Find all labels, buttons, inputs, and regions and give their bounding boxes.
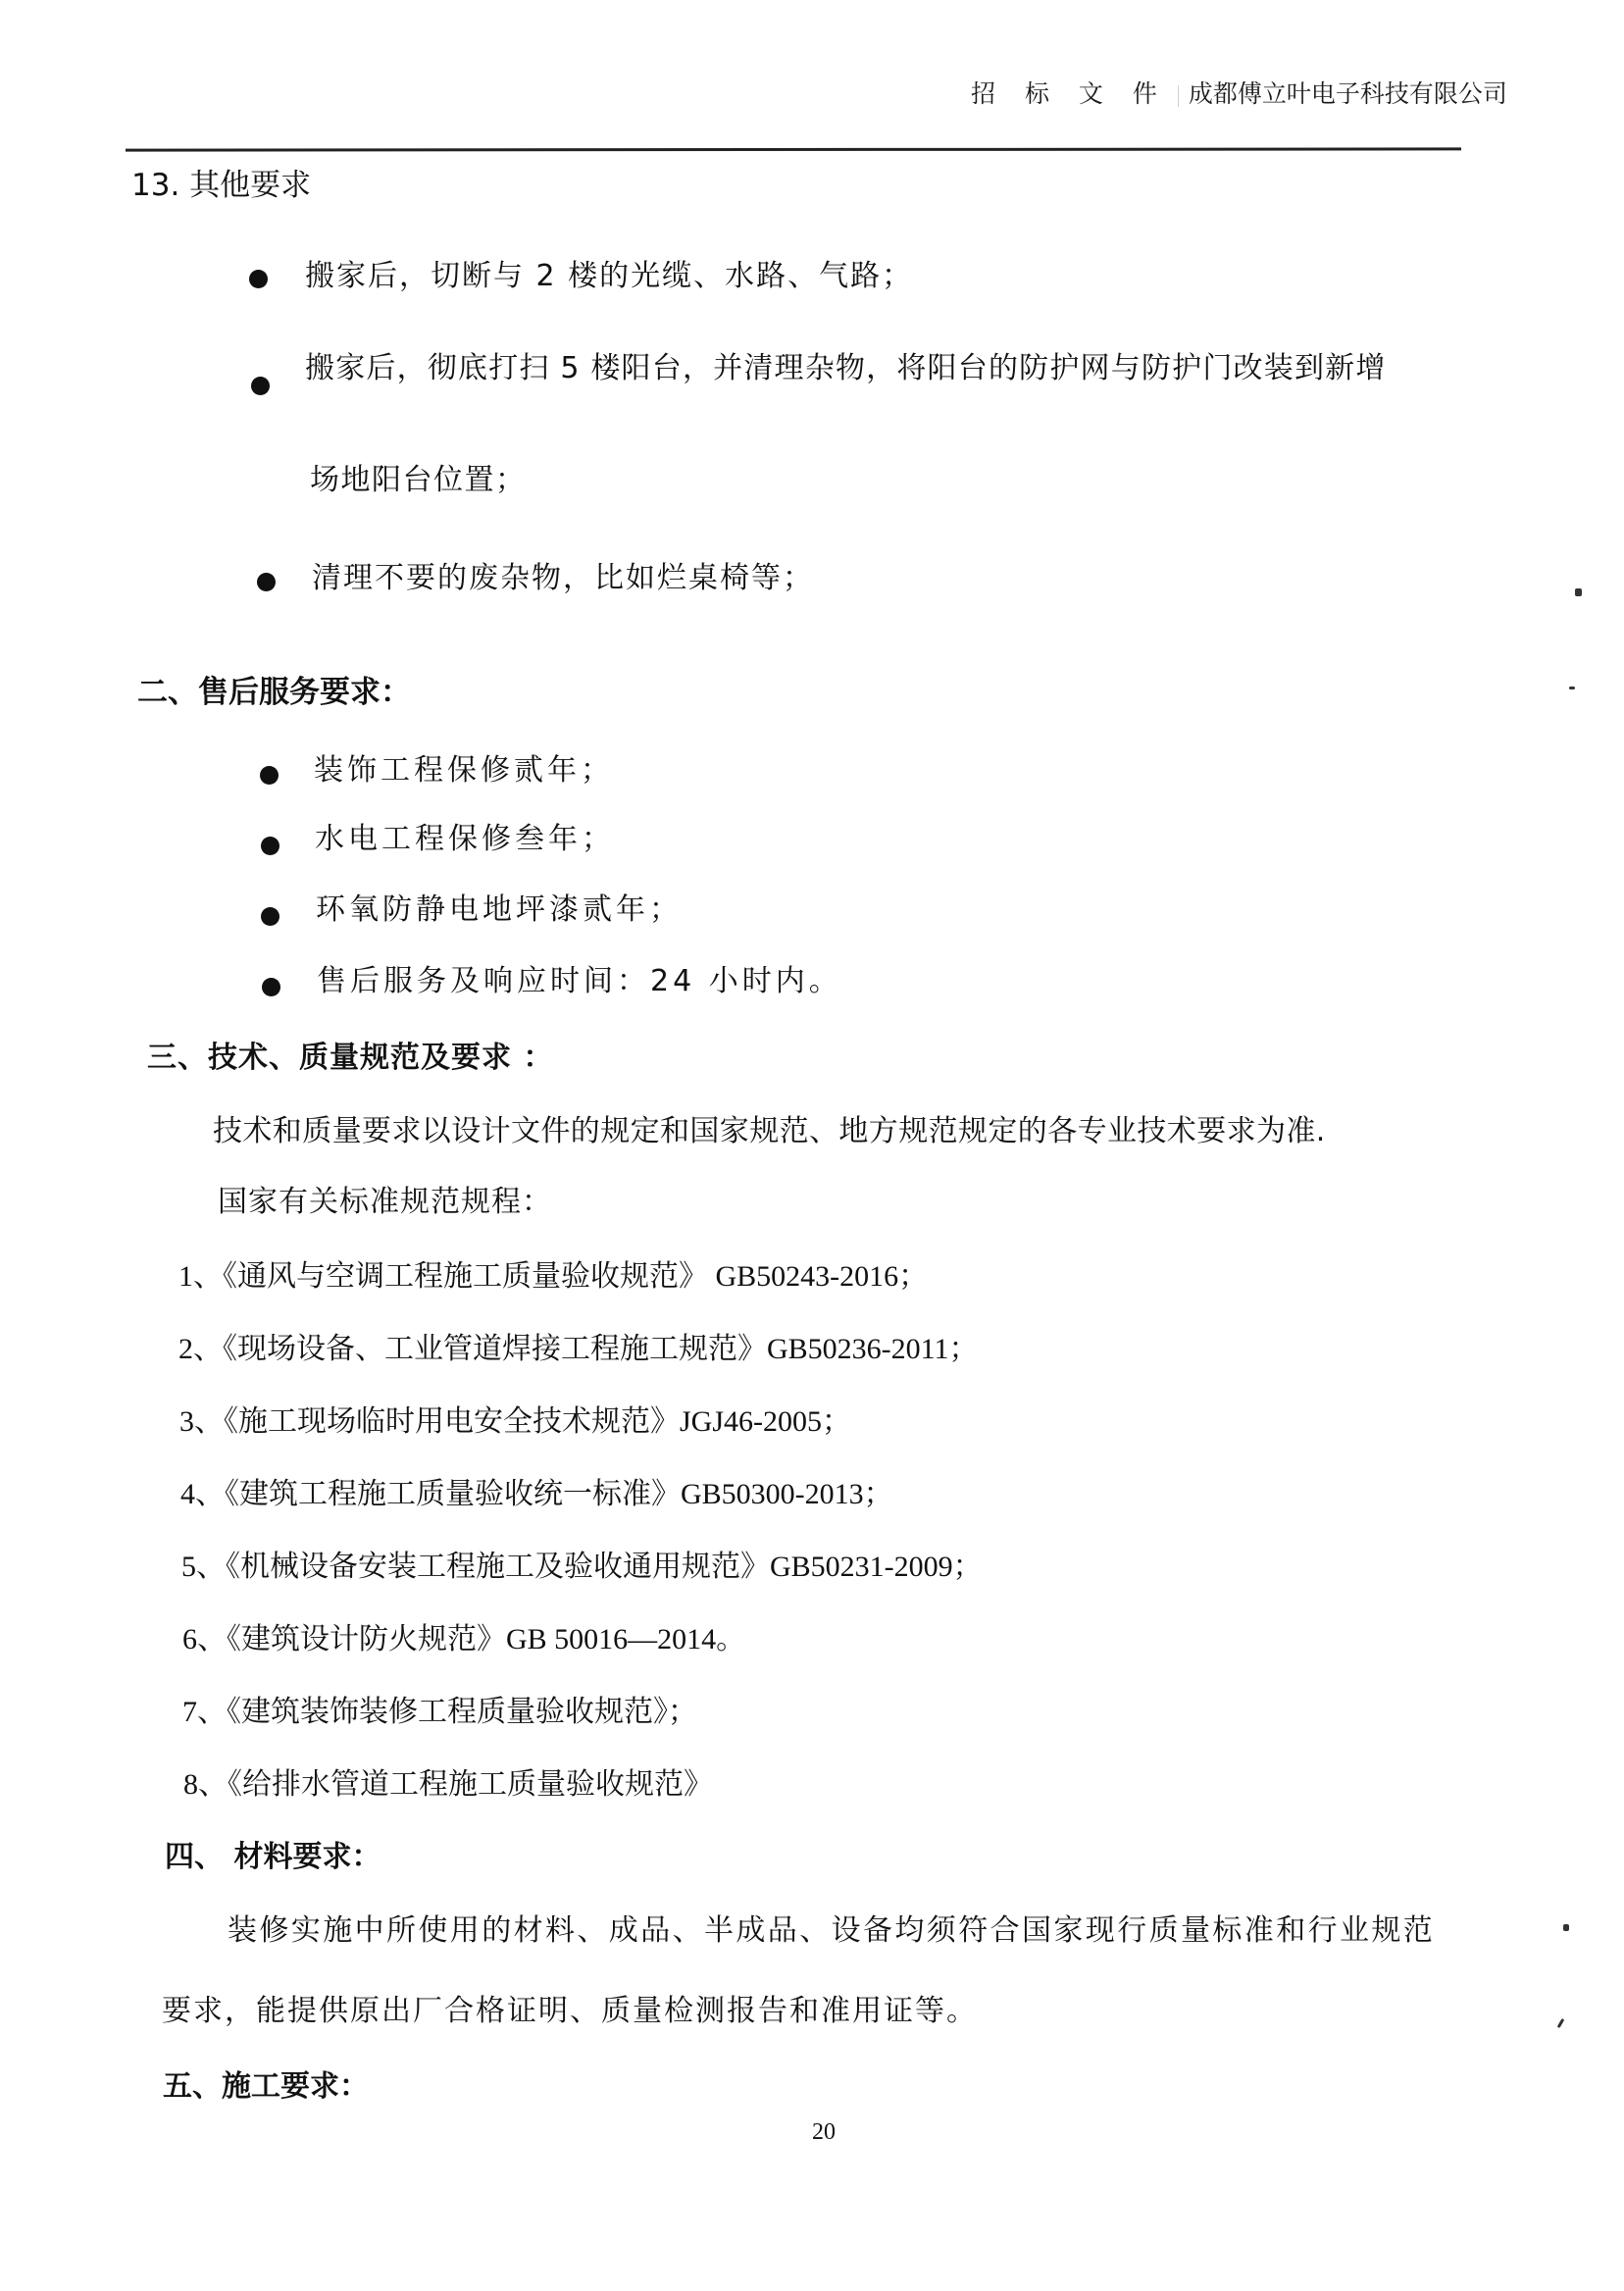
page-header: 招 标 文 件成都傅立叶电子科技有限公司 bbox=[971, 75, 1507, 110]
standard-item-6: 6、《建筑设计防火规范》GB 50016—2014。 bbox=[182, 1622, 745, 1657]
section-4-paragraph-line-2: 要求，能提供原出厂合格证明、质量检测报告和准用证等。 bbox=[162, 1994, 978, 2029]
header-divider bbox=[126, 147, 1461, 151]
section-4-title: 四、 材料要求： bbox=[165, 1840, 381, 1875]
section-2-bullet-4: 售后服务及响应时间：24 小时内。 bbox=[317, 964, 842, 999]
bullet-icon bbox=[261, 837, 279, 855]
section-2-bullet-2: 水电工程保修叁年； bbox=[315, 822, 615, 857]
page-number: 20 bbox=[812, 2119, 836, 2146]
standard-item-7: 7、《建筑装饰装修工程质量验收规范》； bbox=[182, 1695, 697, 1730]
section-13-bullet-2: 搬家后，彻底打扫 5 楼阳台，并清理杂物，将阳台的防护网与防护门改装到新增 bbox=[305, 351, 1387, 386]
scan-artifact bbox=[1557, 2018, 1565, 2028]
header-company: 成都傅立叶电子科技有限公司 bbox=[1189, 79, 1507, 108]
standard-item-3: 3、《施工现场临时用电安全技术规范》JGJ46-2005； bbox=[179, 1404, 851, 1440]
section-2-bullet-3: 环氧防静电地坪漆贰年； bbox=[316, 892, 683, 928]
section-5-title: 五、施工要求： bbox=[163, 2069, 369, 2105]
scan-artifact bbox=[1569, 687, 1575, 689]
section-2-bullet-1: 装饰工程保修贰年； bbox=[314, 753, 614, 789]
header-doc-type: 招 标 文 件 bbox=[971, 79, 1168, 108]
section-13-bullet-2-cont: 场地阳台位置； bbox=[310, 463, 527, 498]
bullet-icon bbox=[261, 907, 279, 926]
bullet-icon bbox=[262, 978, 280, 996]
bullet-icon bbox=[257, 573, 276, 591]
section-3-paragraph: 技术和质量要求以设计文件的规定和国家规范、地方规范规定的各专业技术要求为准. bbox=[213, 1114, 1326, 1149]
standard-item-5: 5、《机械设备安装工程施工及验收通用规范》GB50231-2009； bbox=[181, 1550, 983, 1585]
section-3-title: 三、技术、质量规范及要求 ： bbox=[147, 1041, 553, 1076]
section-13-title: 13. 其他要求 bbox=[131, 168, 311, 203]
section-13-bullet-3: 清理不要的废杂物，比如烂桌椅等； bbox=[312, 561, 814, 596]
standard-item-4: 4、《建筑工程施工质量验收统一标准》GB50300-2013； bbox=[180, 1477, 893, 1512]
bullet-icon bbox=[251, 377, 270, 395]
section-3-list-intro: 国家有关标准规范规程： bbox=[218, 1185, 552, 1220]
scan-artifact bbox=[1563, 1924, 1569, 1931]
scan-artifact bbox=[1575, 588, 1582, 596]
header-separator bbox=[1178, 85, 1179, 107]
bullet-icon bbox=[260, 766, 279, 785]
standard-item-8: 8、《给排水管道工程施工质量验收规范》 bbox=[183, 1767, 713, 1803]
standard-item-1: 1、《通风与空调工程施工质量验收规范》 GB50243-2016； bbox=[178, 1259, 928, 1295]
standard-item-2: 2、《现场设备、工业管道焊接工程施工规范》GB50236-2011； bbox=[178, 1332, 979, 1367]
section-4-paragraph-line-1: 装修实施中所使用的材料、成品、半成品、设备均须符合国家现行质量标准和行业规范 bbox=[228, 1913, 1435, 1949]
section-2-title: 二、售后服务要求： bbox=[137, 675, 411, 710]
document-page: 招 标 文 件成都傅立叶电子科技有限公司 13. 其他要求 搬家后，切断与 2 … bbox=[0, 0, 1624, 2291]
bullet-icon bbox=[249, 270, 268, 288]
section-13-bullet-1: 搬家后，切断与 2 楼的光缆、水路、气路； bbox=[305, 259, 913, 294]
